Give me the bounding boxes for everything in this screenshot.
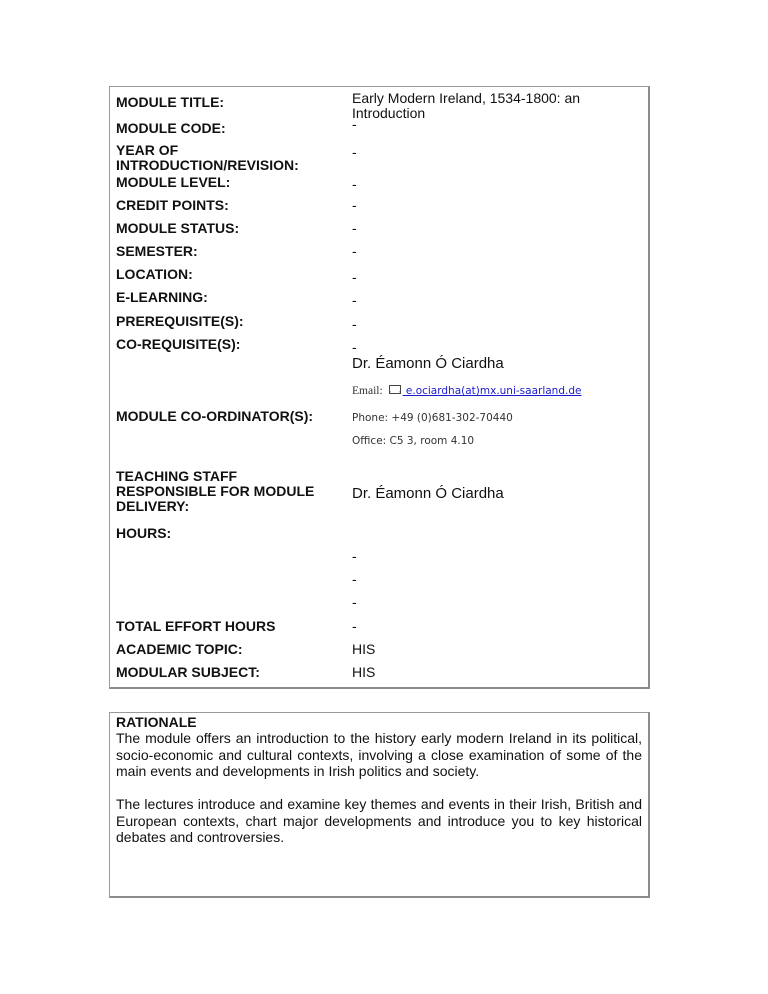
value-credit-points: -: [352, 198, 642, 213]
label-location: LOCATION:: [116, 267, 336, 282]
envelope-icon: [389, 385, 401, 394]
value-academic-topic: HIS: [352, 642, 642, 657]
value-module-code: -: [352, 117, 642, 132]
value-e-learning: -: [352, 293, 642, 308]
value-teaching-staff: Dr. Éamonn Ó Ciardha: [352, 485, 642, 502]
hours-value-3: -: [352, 595, 642, 610]
label-modular-subject: MODULAR SUBJECT:: [116, 665, 336, 680]
label-prerequisites: PREREQUISITE(S):: [116, 314, 336, 329]
coordinator-email-link[interactable]: e.ociardha(at)mx.uni-saarland.de: [403, 385, 582, 397]
module-info-table: MODULE TITLE: Early Modern Ireland, 1534…: [109, 86, 650, 689]
value-location: -: [352, 270, 642, 285]
label-hours: HOURS:: [116, 526, 336, 541]
email-label: Email:: [352, 385, 383, 397]
coordinator-office: Office: C5 3, room 4.10: [352, 435, 642, 448]
coordinator-name: Dr. Éamonn Ó Ciardha: [352, 355, 642, 372]
hours-value-2: -: [352, 572, 642, 587]
label-corequisites: CO-REQUISITE(S):: [116, 337, 336, 352]
value-corequisites: -: [352, 340, 642, 355]
coordinator-phone: Phone: +49 (0)681-302-70440: [352, 412, 642, 425]
value-prerequisites: -: [352, 317, 642, 332]
value-total-effort: -: [352, 619, 642, 634]
hours-value-1: -: [352, 549, 642, 564]
label-year-of-introduction: YEAR OF INTRODUCTION/REVISION:: [116, 143, 336, 173]
label-credit-points: CREDIT POINTS:: [116, 198, 336, 213]
label-teaching-staff: TEACHING STAFF RESPONSIBLE FOR MODULE DE…: [116, 469, 316, 514]
label-module-code: MODULE CODE:: [116, 121, 336, 136]
rationale-paragraph-1: The module offers an introduction to the…: [116, 730, 642, 780]
label-module-status: MODULE STATUS:: [116, 221, 336, 236]
value-year-of-introduction: -: [352, 145, 642, 160]
label-module-level: MODULE LEVEL:: [116, 175, 336, 190]
label-academic-topic: ACADEMIC TOPIC:: [116, 642, 336, 657]
value-module-level: -: [352, 177, 642, 192]
label-coordinator: MODULE CO-ORDINATOR(S):: [116, 409, 336, 424]
label-module-title: MODULE TITLE:: [116, 95, 336, 110]
rationale-paragraph-2: The lectures introduce and examine key t…: [116, 796, 642, 846]
value-module-status: -: [352, 221, 642, 236]
rationale-heading: RATIONALE: [116, 714, 197, 730]
label-total-effort: TOTAL EFFORT HOURS: [116, 619, 336, 634]
value-semester: -: [352, 244, 642, 259]
coordinator-email-line: Email: e.ociardha(at)mx.uni-saarland.de: [352, 382, 642, 399]
label-semester: SEMESTER:: [116, 244, 336, 259]
value-modular-subject: HIS: [352, 665, 642, 680]
rationale-section: RATIONALE The module offers an introduct…: [109, 712, 650, 898]
label-e-learning: E-LEARNING:: [116, 290, 336, 305]
